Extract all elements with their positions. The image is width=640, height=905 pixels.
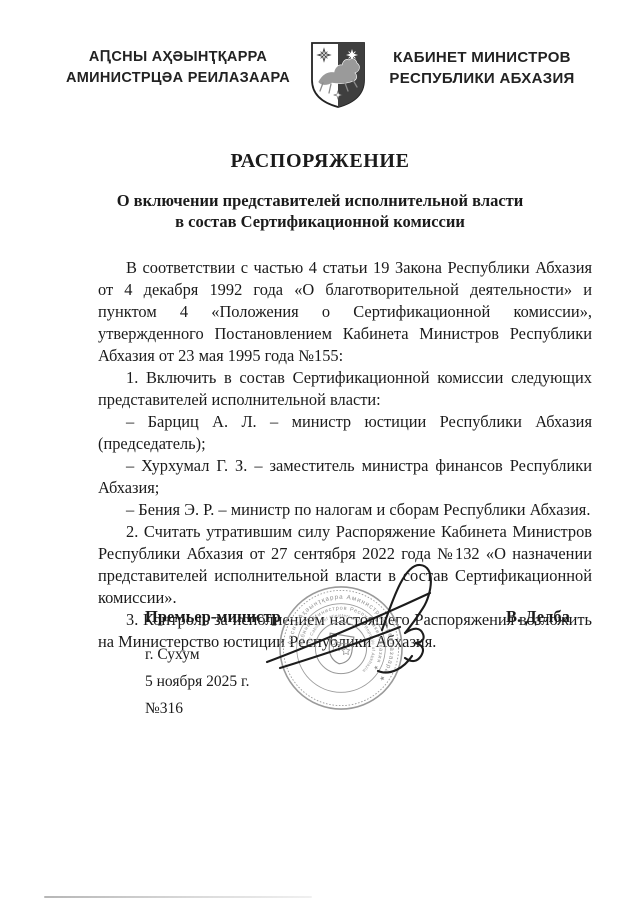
coat-of-arms-icon [309,40,367,110]
letterhead-abkhaz-name: АԤСНЫ АҲӘЫНҬҚАРРА АМИНИСТРЦӘА РЕИЛАЗААРА [60,40,296,89]
issue-number: №316 [145,700,183,718]
letterhead-abkhaz-line1: АԤСНЫ АҲӘЫНҬҚАРРА [60,47,296,68]
paragraph-intro: В соответствии с частью 4 статьи 19 Зако… [98,257,592,367]
paragraph-member3: – Бения Э. Р. – министр по налогам и сбо… [98,499,592,521]
paragraph-member2: – Хурхумал Г. З. – заместитель министра … [98,455,592,499]
letterhead-russian-name: КАБИНЕТ МИНИСТРОВ РЕСПУБЛИКИ АБХАЗИЯ [380,40,584,89]
document-page: АԤСНЫ АҲӘЫНҬҚАРРА АМИНИСТРЦӘА РЕИЛАЗААРА [0,0,640,905]
document-title: РАСПОРЯЖЕНИЕ [0,150,640,173]
signer-name: В. Делба [506,607,570,627]
document-subtitle: О включении представителей исполнительно… [0,190,640,232]
document-subtitle-line1: О включении представителей исполнительно… [0,190,640,211]
paragraph-member1: – Барциц А. Л. – министр юстиции Республ… [98,411,592,455]
letterhead-abkhaz-line2: АМИНИСТРЦӘА РЕИЛАЗААРА [60,68,296,89]
letterhead-russian-line1: КАБИНЕТ МИНИСТРОВ [380,47,584,68]
issue-city: г. Сухум [145,646,200,664]
document-subtitle-line2: в состав Сертификационной комиссии [0,211,640,232]
letterhead: АԤСНЫ АҲӘЫНҬҚАРРА АМИНИСТРЦӘА РЕИЛАЗААРА [0,0,640,110]
letterhead-russian-line2: РЕСПУБЛИКИ АБХАЗИЯ [380,68,584,89]
scan-artifact-line [44,896,312,898]
handwritten-signature [252,550,482,720]
issue-date: 5 ноября 2025 г. [145,673,250,691]
paragraph-item1: 1. Включить в состав Сертификационной ко… [98,367,592,411]
